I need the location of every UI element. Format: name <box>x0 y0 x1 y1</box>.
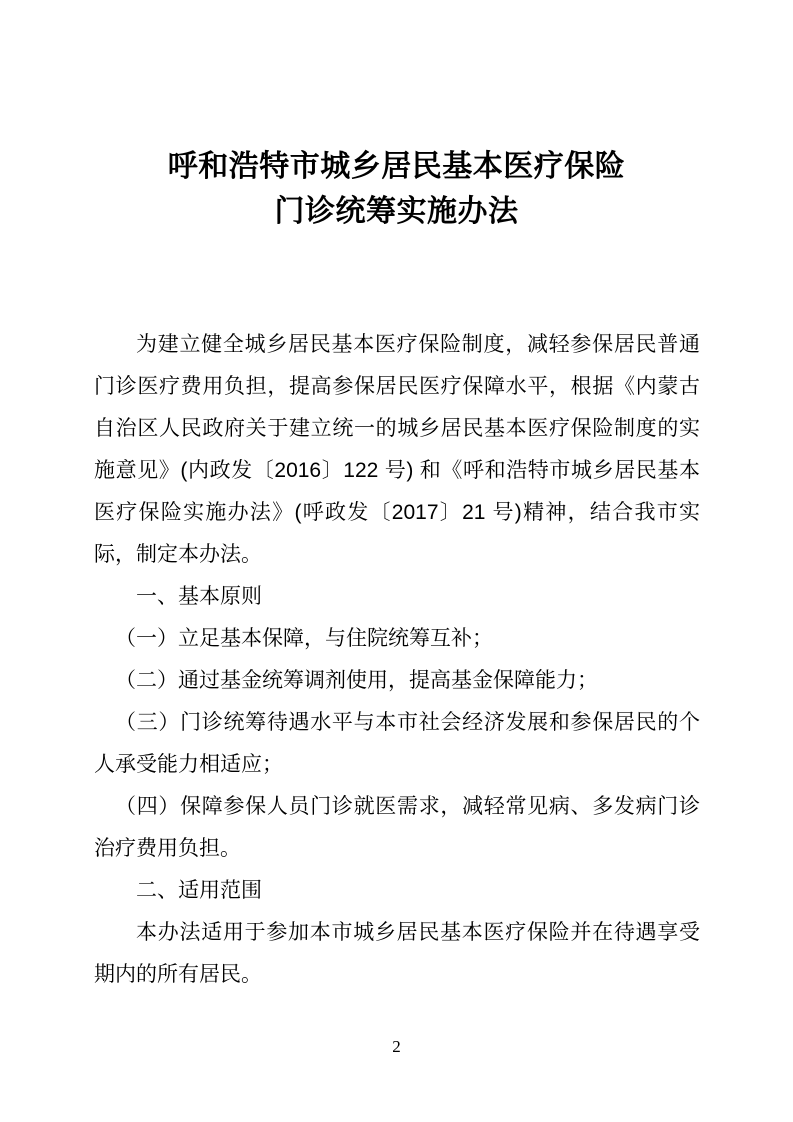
document-title-line-1: 呼和浩特市城乡居民基本医疗保险 <box>0 144 793 189</box>
paragraph-2: 一、基本原则 <box>94 576 700 618</box>
page-number: 2 <box>0 1036 793 1058</box>
paragraph-4: （二）通过基金统筹调剂使用，提高基金保障能力； <box>94 660 700 702</box>
paragraph-7: 二、适用范围 <box>94 870 700 912</box>
paragraph-8: 本办法适用于参加本市城乡居民基本医疗保险并在待遇享受期内的所有居民。 <box>94 912 700 996</box>
paragraph-6: （四）保障参保人员门诊就医需求，减轻常见病、多发病门诊治疗费用负担。 <box>94 786 700 870</box>
document-body: 为建立健全城乡居民基本医疗保险制度，减轻参保居民普通门诊医疗费用负担，提高参保居… <box>94 324 700 996</box>
paragraph-1: 为建立健全城乡居民基本医疗保险制度，减轻参保居民普通门诊医疗费用负担，提高参保居… <box>94 324 700 576</box>
document-title: 呼和浩特市城乡居民基本医疗保险 门诊统筹实施办法 <box>0 144 793 234</box>
document-title-line-2: 门诊统筹实施办法 <box>0 189 793 234</box>
document-page: 呼和浩特市城乡居民基本医疗保险 门诊统筹实施办法 为建立健全城乡居民基本医疗保险… <box>0 0 793 1122</box>
paragraph-3: （一）立足基本保障，与住院统筹互补； <box>94 618 700 660</box>
paragraph-5: （三）门诊统筹待遇水平与本市社会经济发展和参保居民的个人承受能力相适应； <box>94 702 700 786</box>
